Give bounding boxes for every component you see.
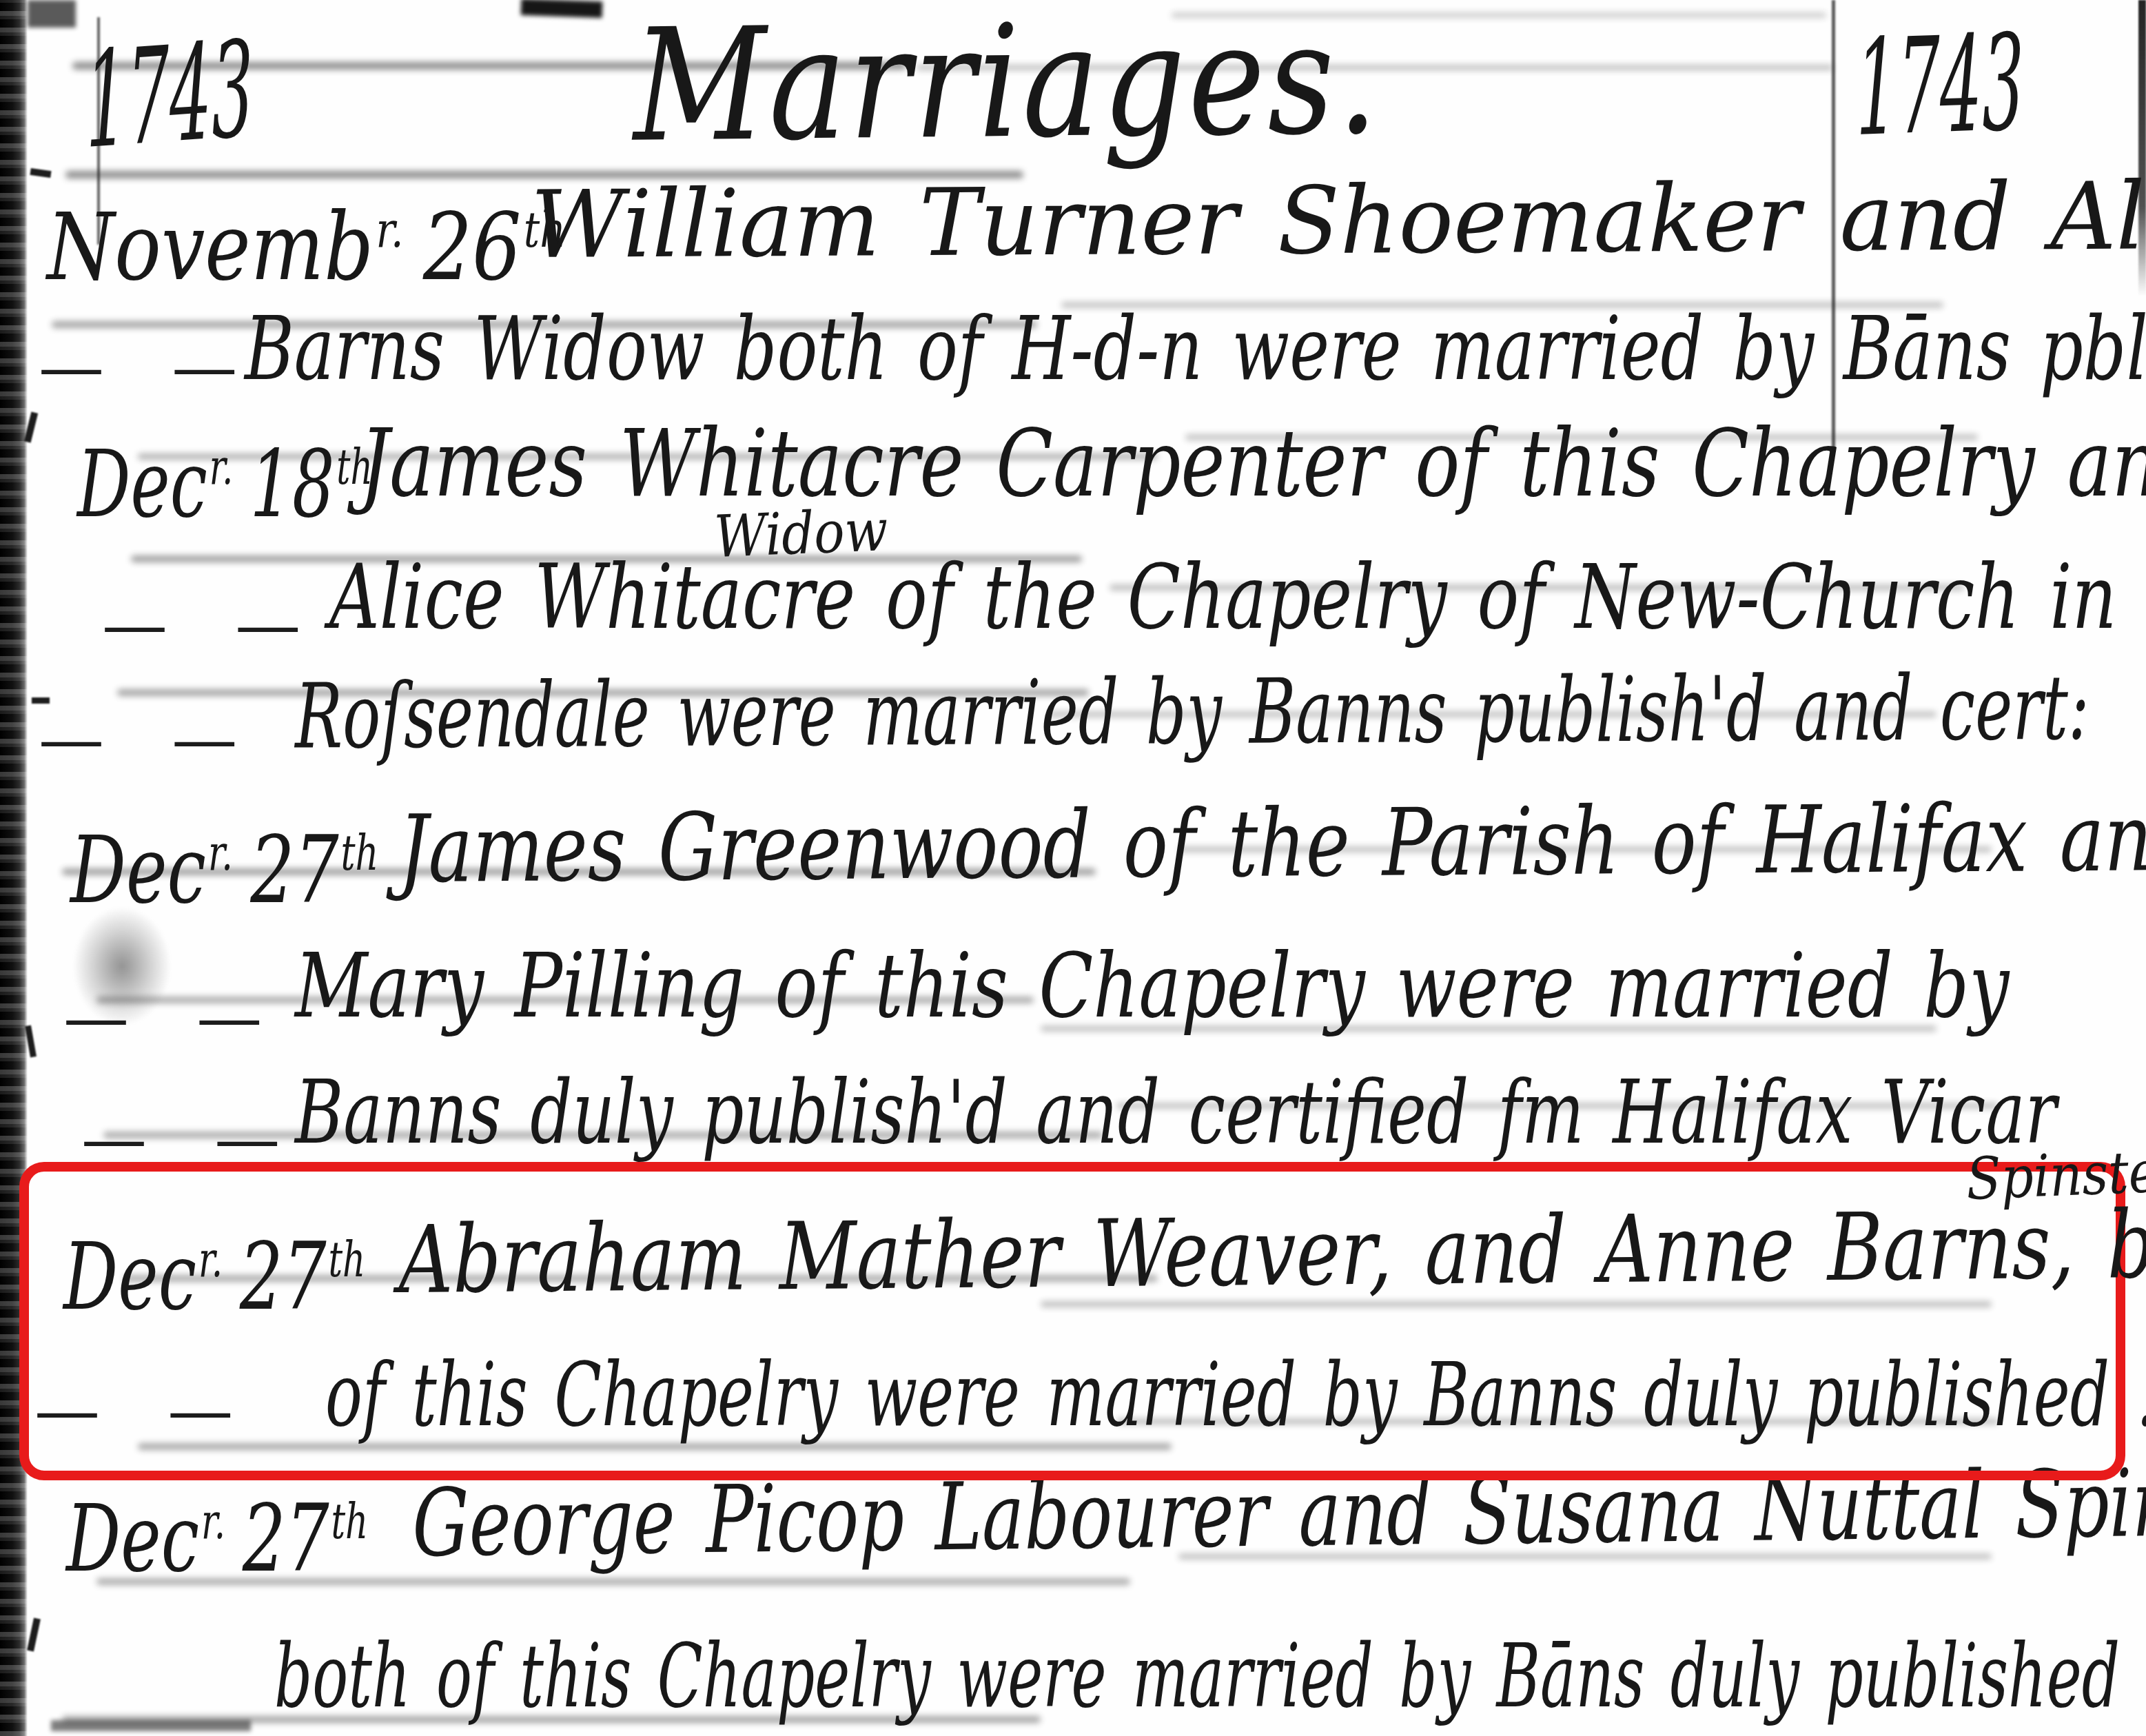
- date-month-suffix: r.: [201, 1494, 225, 1551]
- date-month: Novemb: [47, 192, 374, 302]
- ink-smudge: [521, 0, 603, 18]
- date-month: Dec: [66, 1484, 199, 1593]
- date-month: Dec: [77, 429, 207, 539]
- page-title: Marriages.: [633, 0, 1381, 169]
- book-binding-edge: [0, 0, 28, 1736]
- edge-mark: [30, 168, 51, 178]
- entry-line: Alice Whitacre of the Chapelry of New-Ch…: [329, 550, 2116, 644]
- entry-line: Banns duly publish'd and certified fm Ha…: [295, 1067, 2056, 1158]
- edge-mark: [27, 1617, 41, 1651]
- entry-date: Decr.18th: [77, 436, 373, 533]
- date-month-suffix: r.: [198, 1232, 223, 1289]
- entry-line: of this Chapelry were married by Banns d…: [325, 1349, 2146, 1441]
- ditto-mark: — —: [39, 702, 260, 777]
- date-month-suffix: r.: [376, 203, 403, 259]
- entry-line: both of this Chapelry were married by Bā…: [274, 1631, 2146, 1722]
- ditto-mark: — —: [39, 329, 260, 405]
- entry-line: James Greenwood of the Parish of Halifax…: [398, 789, 2146, 899]
- entry-line: Mary Pilling of this Chapelry were marri…: [295, 939, 2009, 1032]
- date-day: 26: [423, 192, 522, 302]
- entry-line: Abraham Mather Weaver, and Anne Barns, b…: [398, 1195, 2146, 1309]
- date-day-suffix: th: [331, 1494, 368, 1551]
- year-label-left: 1743: [84, 21, 255, 172]
- date-month-suffix: r.: [210, 440, 234, 496]
- date-month-suffix: r.: [208, 826, 233, 882]
- entry-date: Decr.27th: [66, 1490, 368, 1588]
- entry-line: James Whitacre Carpenter of this Chapelr…: [360, 415, 2146, 513]
- date-day-suffix: th: [341, 826, 379, 882]
- date-day-suffix: th: [328, 1232, 365, 1289]
- entry-line: Roſsendale were married by Banns publish…: [295, 661, 2089, 764]
- date-day: 27: [243, 1484, 329, 1593]
- entry-date: Novembr.26th: [47, 198, 566, 296]
- entry-date: Decr.27th: [63, 1228, 365, 1326]
- ditto-mark: — —: [102, 587, 324, 663]
- date-day: 18: [249, 429, 334, 539]
- ink-smudge: [28, 0, 76, 28]
- entry-line: William Turner Shoemaker and Alice: [531, 167, 2146, 274]
- year-label-right: 1743: [1855, 14, 2025, 159]
- ditto-mark: — —: [63, 980, 285, 1056]
- entry-line: Barns Widow both of H-d-n were married b…: [245, 303, 2146, 395]
- date-month: Dec: [63, 1222, 196, 1331]
- ditto-mark: — —: [34, 1373, 256, 1449]
- register-page-scan: 1743 Marriages. 1743 Novembr.26th Willia…: [0, 0, 2146, 1736]
- entry-date: Decr.27th: [70, 821, 378, 919]
- date-day: 27: [240, 1222, 327, 1331]
- date-month: Dec: [70, 815, 206, 925]
- date-day: 27: [250, 815, 338, 925]
